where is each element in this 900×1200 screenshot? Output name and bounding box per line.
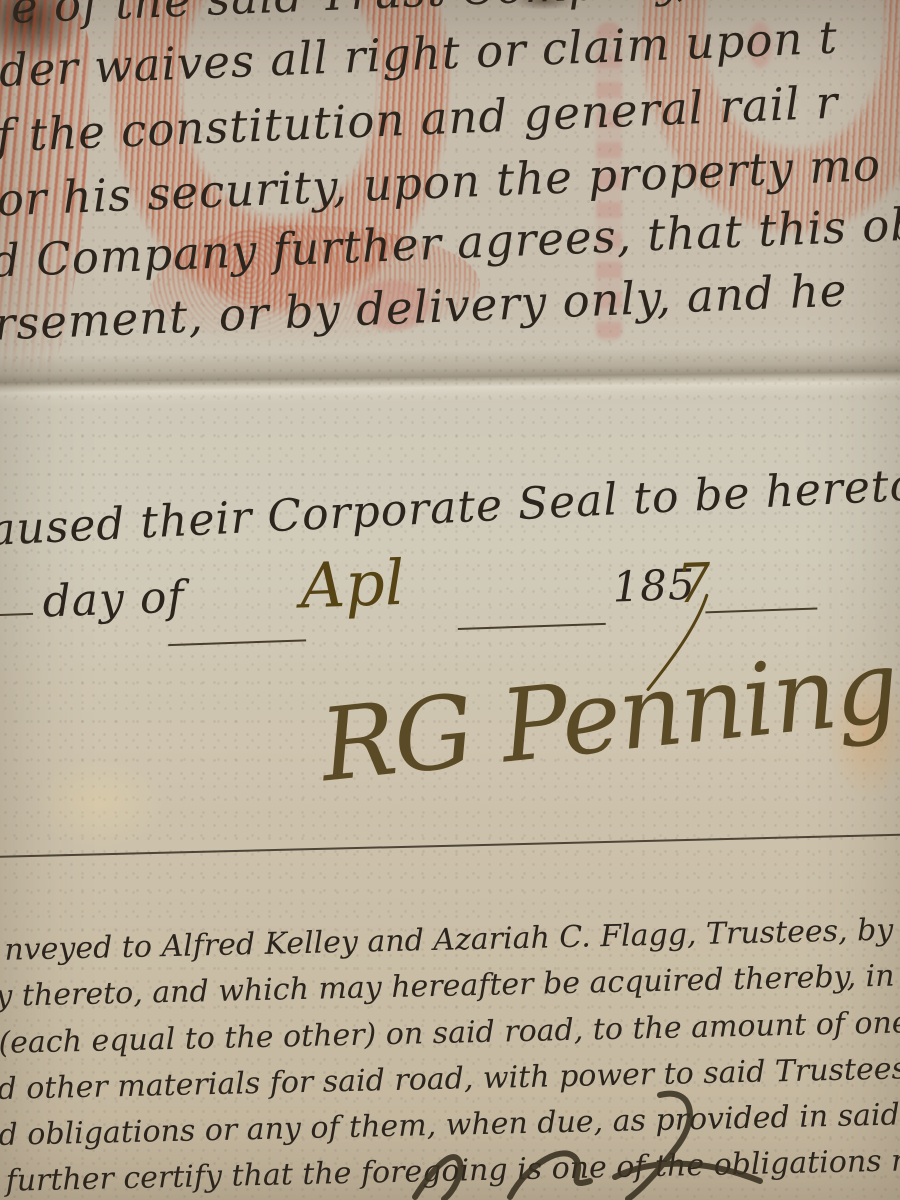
photo-vignette [0,0,900,1200]
document-photo: e of the said Trust Company, in said lde… [0,0,900,1200]
